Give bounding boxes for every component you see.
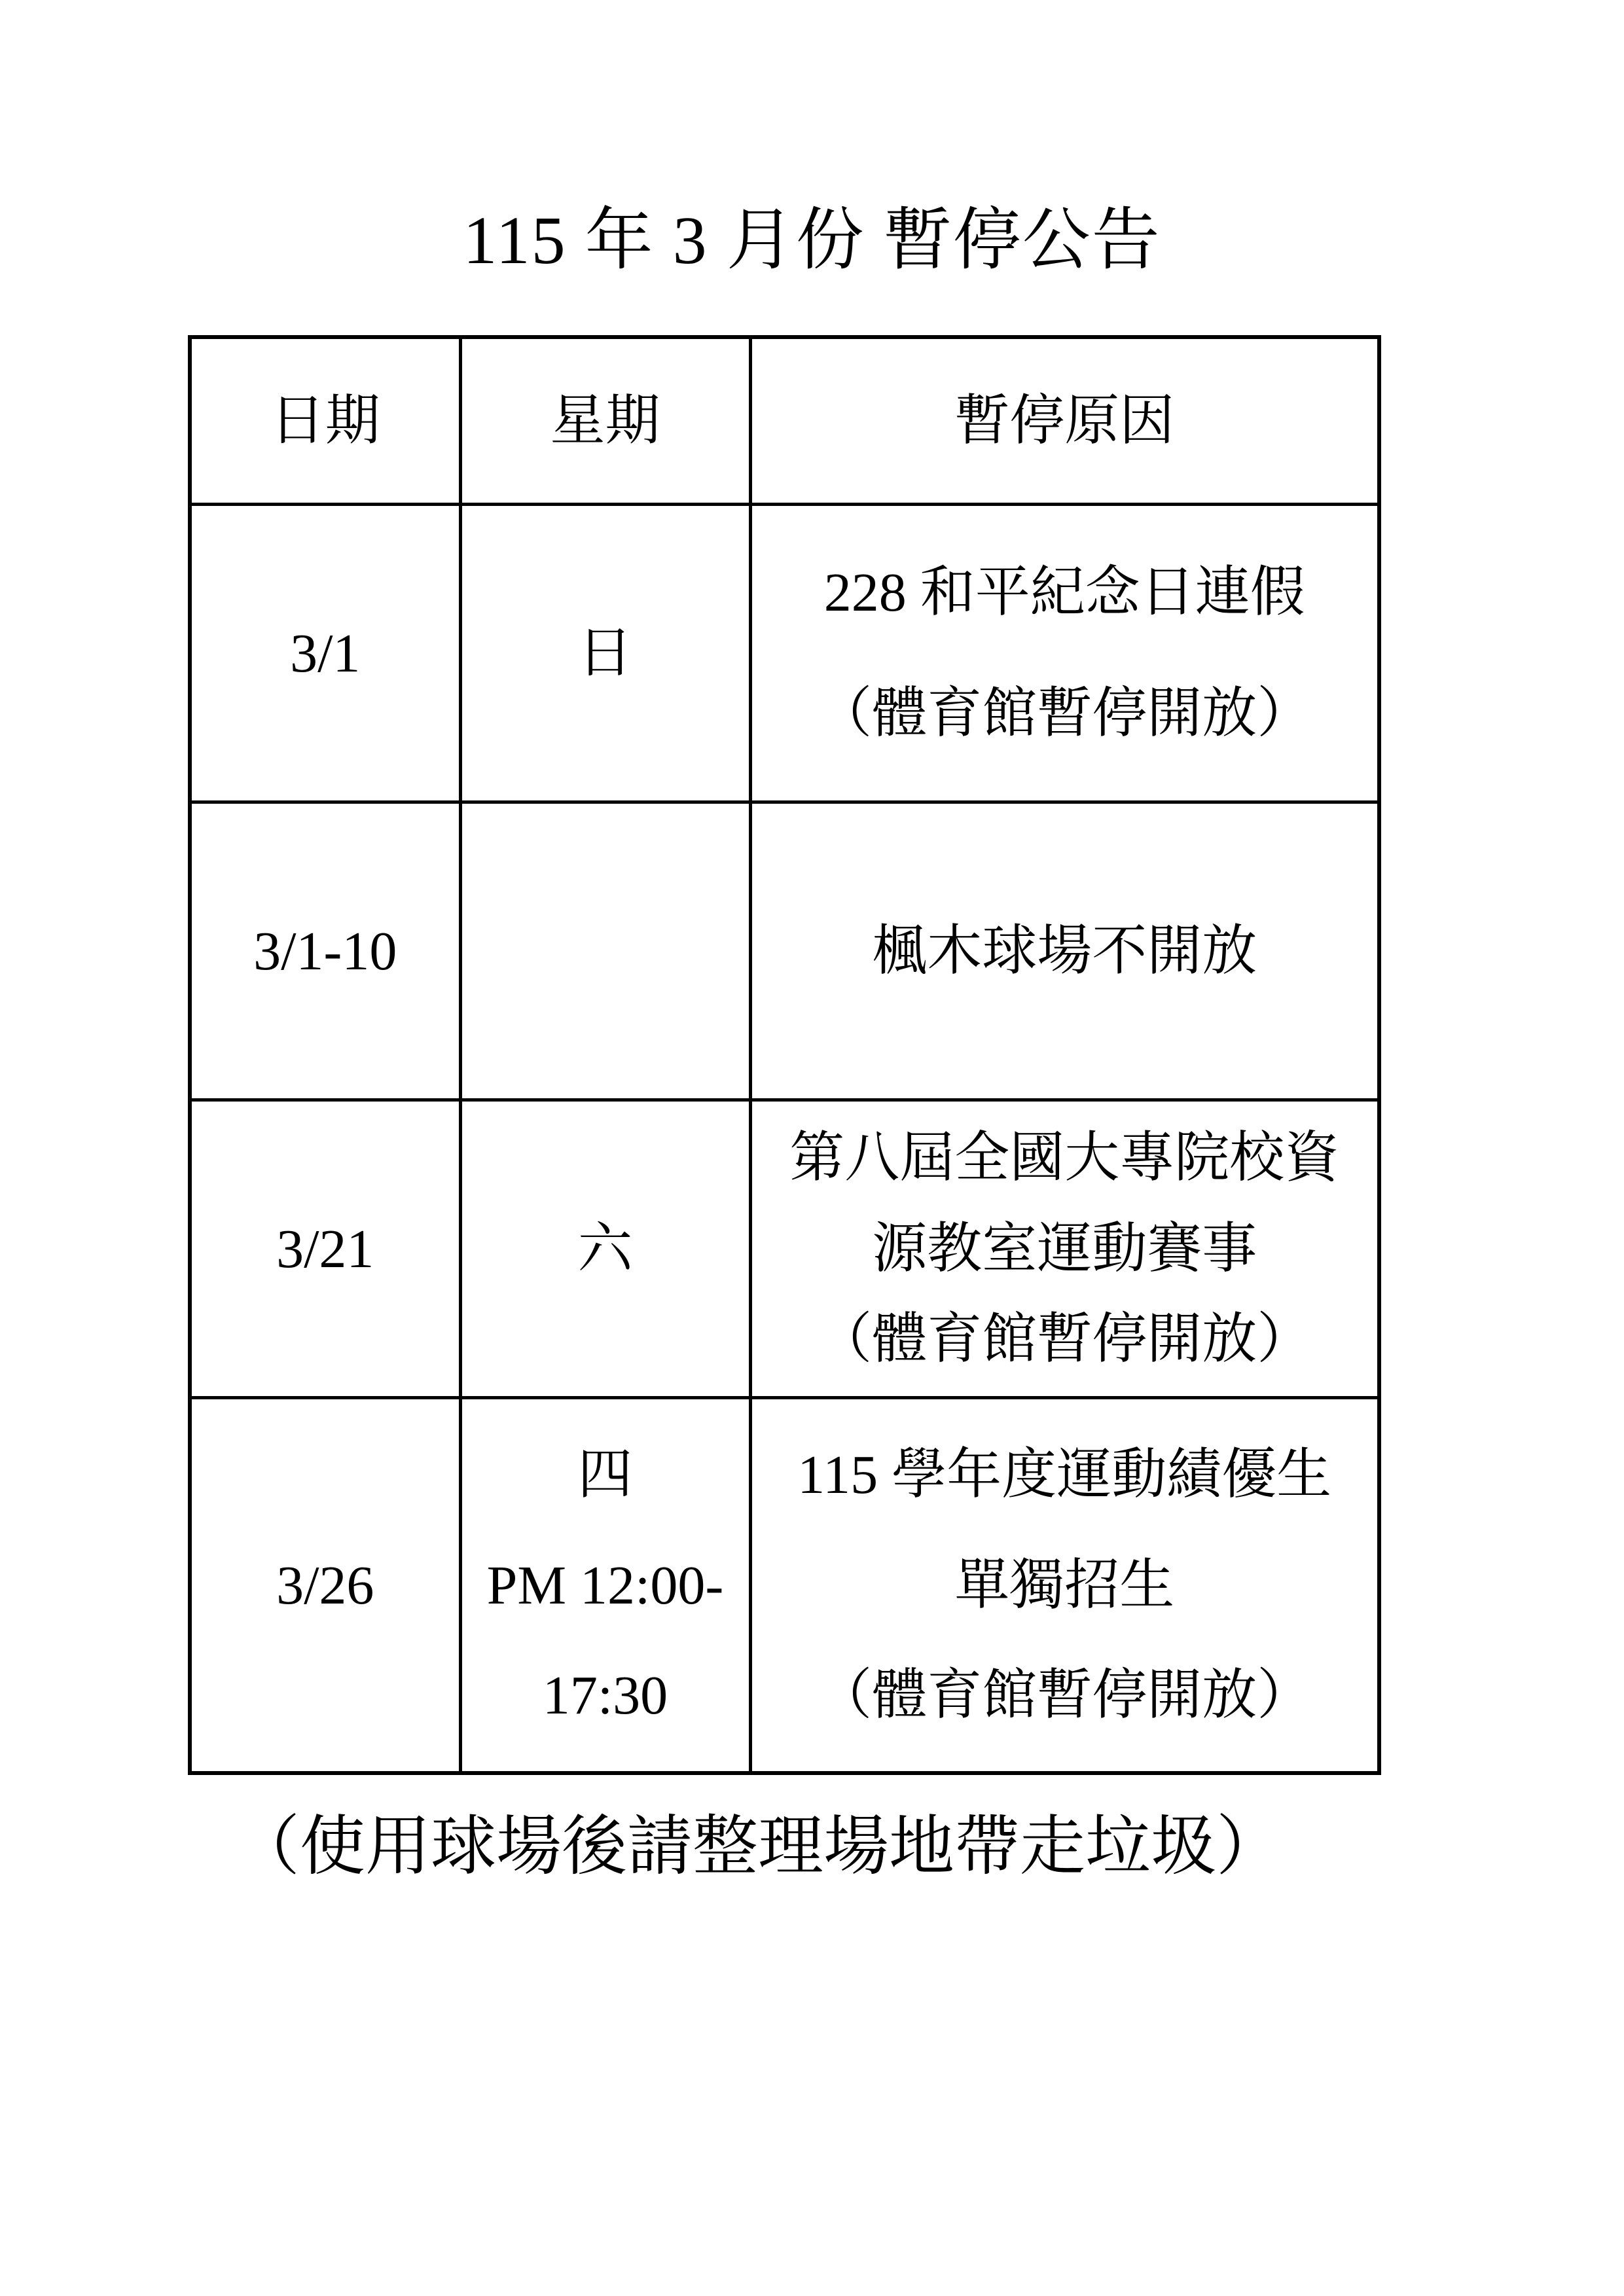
header-weekday: 星期 bbox=[460, 337, 750, 505]
date-value: 3/21 bbox=[276, 1215, 374, 1283]
cell-reason-row1: 228 和平紀念日連假 （體育館暫停開放） bbox=[750, 505, 1379, 802]
cell-weekday-row4: 四 PM 12:00- 17:30 bbox=[460, 1398, 750, 1774]
date-value: 3/1 bbox=[290, 619, 360, 688]
weekday-value: 六 bbox=[577, 1215, 632, 1283]
cell-weekday-row2 bbox=[460, 802, 750, 1100]
reason-line: 第八屆全國大專院校資 bbox=[789, 1124, 1339, 1193]
table-header-row: 日期 星期 暫停原因 bbox=[190, 337, 1379, 505]
reason-line: （體育館暫停開放） bbox=[817, 1305, 1312, 1374]
reason-line: 楓木球場不開放 bbox=[872, 917, 1257, 986]
cell-reason-row4: 115 學年度運動績優生 單獨招生 （體育館暫停開放） bbox=[750, 1398, 1379, 1774]
reason-line: 源教室運動賽事 bbox=[872, 1215, 1257, 1283]
table-row: 3/1 日 228 和平紀念日連假 （體育館暫停開放） bbox=[190, 505, 1379, 802]
header-reason-label: 暫停原因 bbox=[954, 387, 1174, 456]
reason-line: 115 學年度運動績優生 bbox=[797, 1441, 1331, 1509]
cell-reason-row2: 楓木球場不開放 bbox=[750, 802, 1379, 1100]
reason-line: （體育館暫停開放） bbox=[817, 1661, 1312, 1730]
cell-date-row3: 3/21 bbox=[190, 1100, 460, 1398]
cell-reason-row3: 第八屆全國大專院校資 源教室運動賽事 （體育館暫停開放） bbox=[750, 1100, 1379, 1398]
weekday-value: 日 bbox=[577, 619, 632, 688]
cell-weekday-row3: 六 bbox=[460, 1100, 750, 1398]
reason-line: 228 和平紀念日連假 bbox=[824, 558, 1305, 627]
header-date-label: 日期 bbox=[270, 387, 380, 456]
weekday-value: 四 bbox=[577, 1441, 632, 1509]
table-row: 3/1-10 楓木球場不開放 bbox=[190, 802, 1379, 1100]
reason-line: （體育館暫停開放） bbox=[817, 679, 1312, 748]
header-date: 日期 bbox=[190, 337, 460, 505]
cell-date-row2: 3/1-10 bbox=[190, 802, 460, 1100]
header-weekday-label: 星期 bbox=[550, 387, 660, 456]
reason-line: 單獨招生 bbox=[954, 1551, 1174, 1620]
cell-date-row1: 3/1 bbox=[190, 505, 460, 802]
suspension-notice-table: 日期 星期 暫停原因 3/1 日 228 和平紀念日連假 （體育館暫停開放） bbox=[188, 335, 1381, 1775]
table-row: 3/26 四 PM 12:00- 17:30 115 學年度運動績優生 單獨招生… bbox=[190, 1398, 1379, 1774]
footer-note: （使用球場後請整理場地帶走垃圾） bbox=[234, 1808, 1282, 1886]
date-value: 3/26 bbox=[276, 1551, 374, 1620]
header-reason: 暫停原因 bbox=[750, 337, 1379, 505]
weekday-time-line: PM 12:00- bbox=[487, 1551, 724, 1620]
weekday-time-line: 17:30 bbox=[543, 1661, 668, 1730]
date-value: 3/1-10 bbox=[253, 917, 397, 986]
cell-weekday-row1: 日 bbox=[460, 505, 750, 802]
page-title: 115 年 3 月份 暫停公告 bbox=[0, 202, 1624, 280]
cell-date-row4: 3/26 bbox=[190, 1398, 460, 1774]
table-row: 3/21 六 第八屆全國大專院校資 源教室運動賽事 （體育館暫停開放） bbox=[190, 1100, 1379, 1398]
